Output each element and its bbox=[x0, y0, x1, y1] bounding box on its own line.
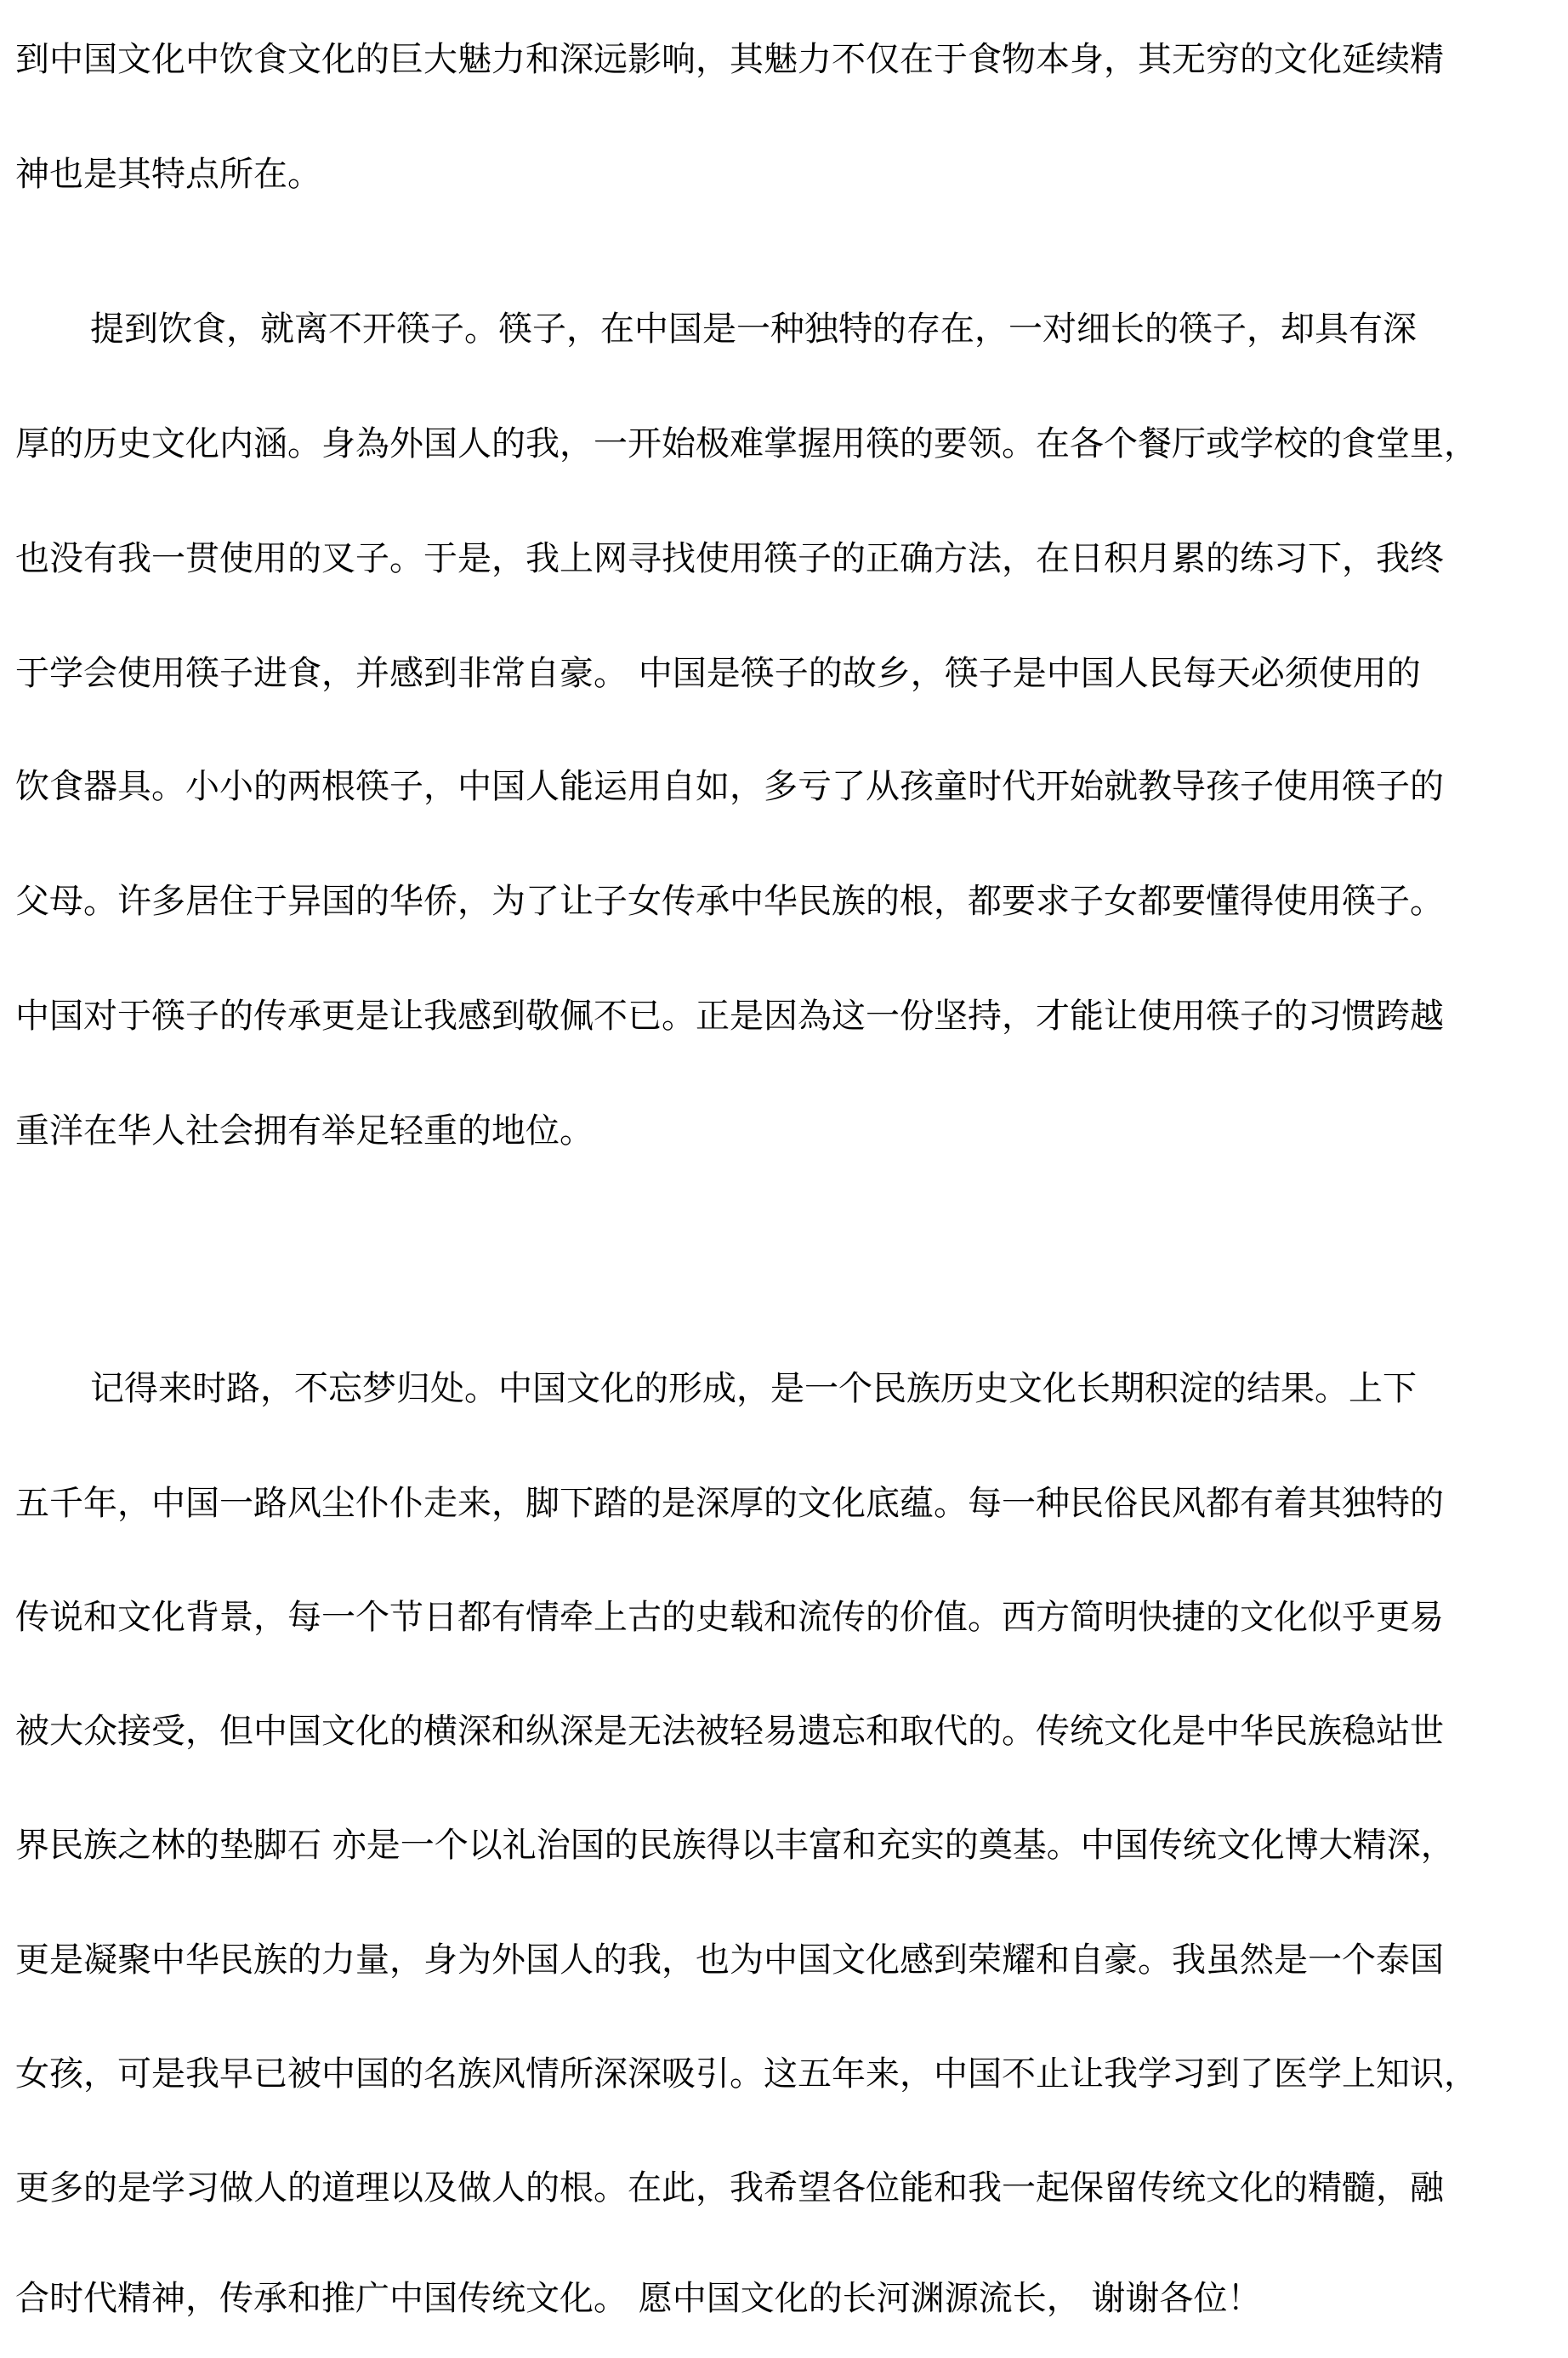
text-line: 五千年，中国一路风尘仆仆走来，脚下踏的是深厚的文化底蕴。每一种民俗民风都有着其独… bbox=[15, 1482, 1444, 1525]
text-line: 神也是其特点所在。 bbox=[15, 153, 321, 196]
text-line: 女孩，可是我早已被中国的名族风情所深深吸引。这五年来，中国不止让我学习到了医学上… bbox=[15, 2053, 1478, 2095]
text-line: 厚的历史文化内涵。身為外国人的我，一开始极难掌握用筷的要领。在各个餐厅或学校的食… bbox=[15, 423, 1478, 465]
text-line: 重洋在华人社会拥有举足轻重的地位。 bbox=[15, 1110, 594, 1152]
text-line: 提到饮食，就离不开筷子。筷子，在中国是一种独特的存在，一对细长的筷子，却具有深 bbox=[90, 308, 1417, 350]
text-line: 更是凝聚中华民族的力量，身为外国人的我，也为中国文化感到荣耀和自豪。我虽然是一个… bbox=[15, 1939, 1444, 1981]
text-line: 被大众接受，但中国文化的横深和纵深是无法被轻易遗忘和取代的。传统文化是中华民族稳… bbox=[15, 1710, 1444, 1753]
text-line: 记得来时路，不忘梦归处。中国文化的形成，是一个民族历史文化长期积淀的结果。上下 bbox=[90, 1367, 1417, 1410]
text-line: 也没有我一贯使用的叉子。于是，我上网寻找使用筷子的正确方法，在日积月累的练习下，… bbox=[15, 537, 1444, 580]
text-line: 中国对于筷子的传承更是让我感到敬佩不已。正是因為这一份坚持，才能让使用筷子的习惯… bbox=[15, 995, 1444, 1037]
text-line: 传说和文化背景，每一个节日都有情牵上古的史载和流传的价值。西方简明快捷的文化似乎… bbox=[15, 1596, 1444, 1639]
text-line: 到中国文化中饮食文化的巨大魅力和深远影响，其魅力不仅在于食物本身，其无穷的文化延… bbox=[15, 38, 1444, 81]
text-line: 父母。许多居住于异国的华侨，为了让子女传承中华民族的根，都要求子女都要懂得使用筷… bbox=[15, 880, 1444, 923]
text-line: 界民族之林的垫脚石 亦是一个以礼治国的民族得以丰富和充实的奠基。中国传统文化博大… bbox=[15, 1824, 1455, 1867]
text-line: 合时代精神，传承和推广中国传统文化。 愿中国文化的长河渊源流长， 谢谢各位！ bbox=[15, 2277, 1261, 2320]
text-line: 饮食器具。小小的两根筷子，中国人能运用自如，多亏了从孩童时代开始就教导孩子使用筷… bbox=[15, 765, 1444, 808]
document-page: 到中国文化中饮食文化的巨大魅力和深远影响，其魅力不仅在于食物本身，其无穷的文化延… bbox=[0, 0, 1568, 2358]
text-line: 于学会使用筷子进食，并感到非常自豪。 中国是筷子的故乡，筷子是中国人民每天必须使… bbox=[15, 652, 1421, 695]
text-line: 更多的是学习做人的道理以及做人的根。在此，我希望各位能和我一起保留传统文化的精髓… bbox=[15, 2167, 1444, 2209]
